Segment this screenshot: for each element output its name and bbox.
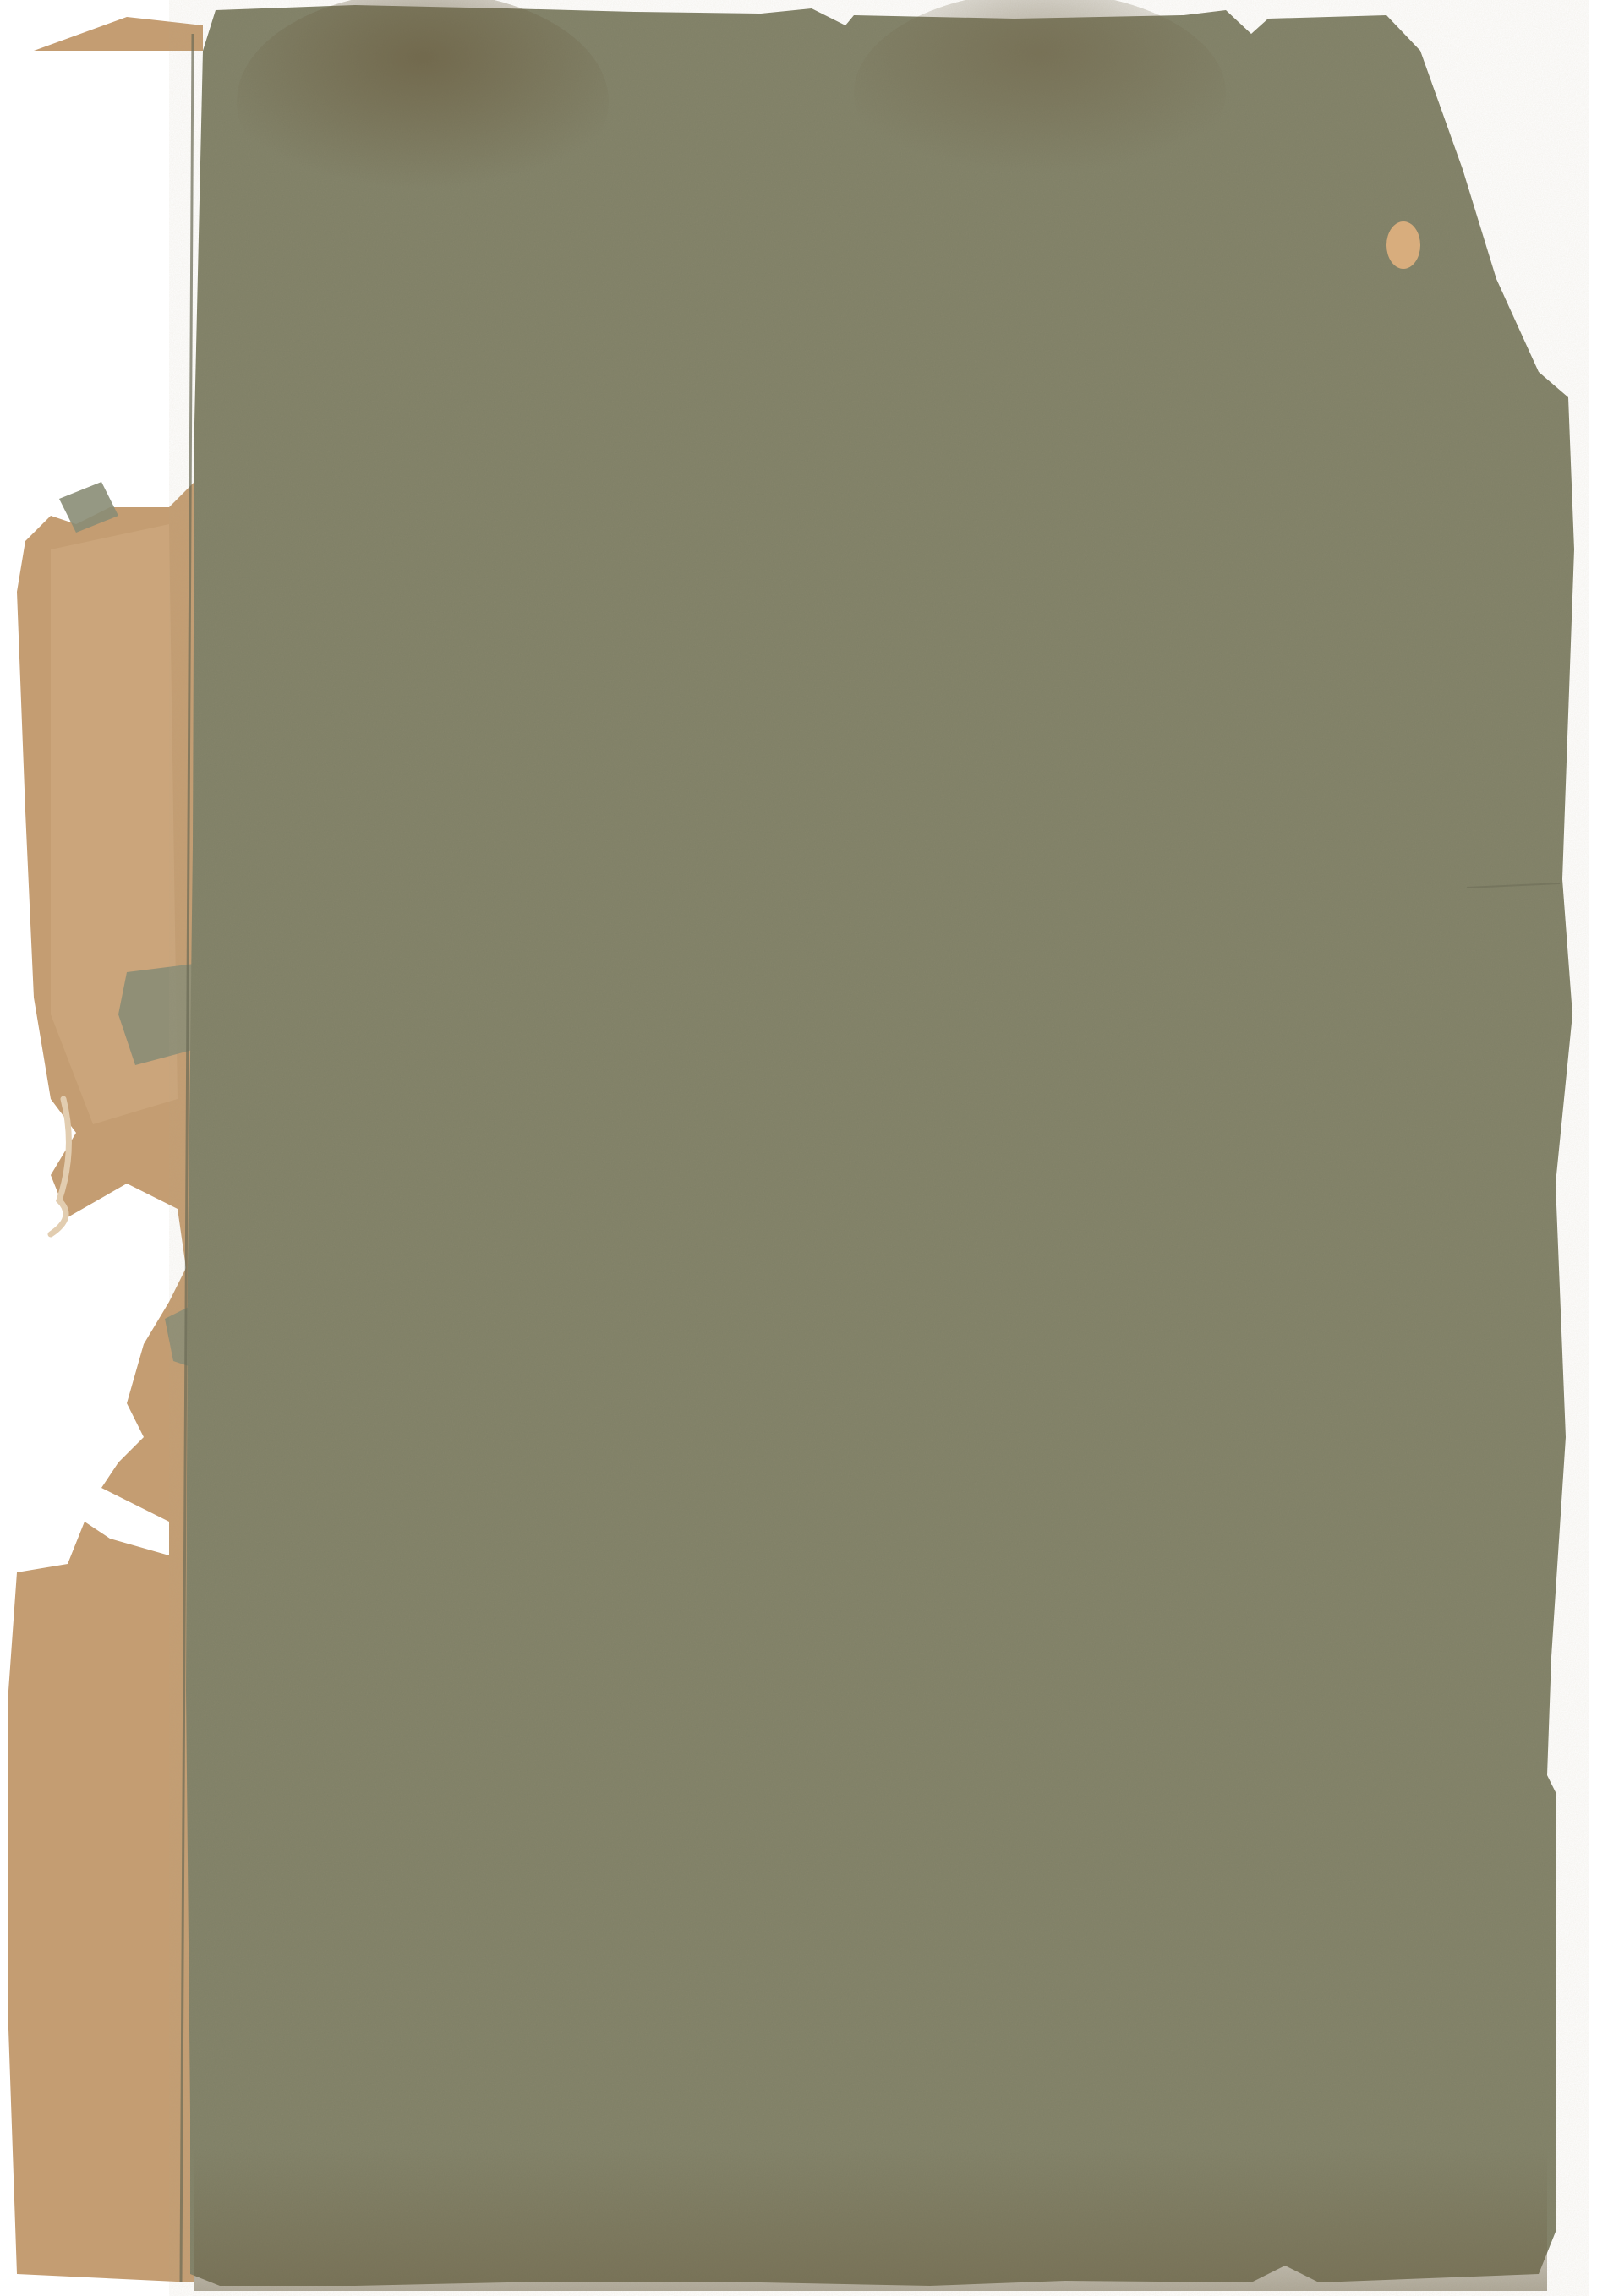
- water-stain-right: [854, 0, 1226, 194]
- cover-illustration: [0, 0, 1597, 2296]
- scanned-cover-page: [0, 0, 1597, 2296]
- tape-patch: [1386, 221, 1420, 269]
- water-stain-left: [237, 0, 609, 211]
